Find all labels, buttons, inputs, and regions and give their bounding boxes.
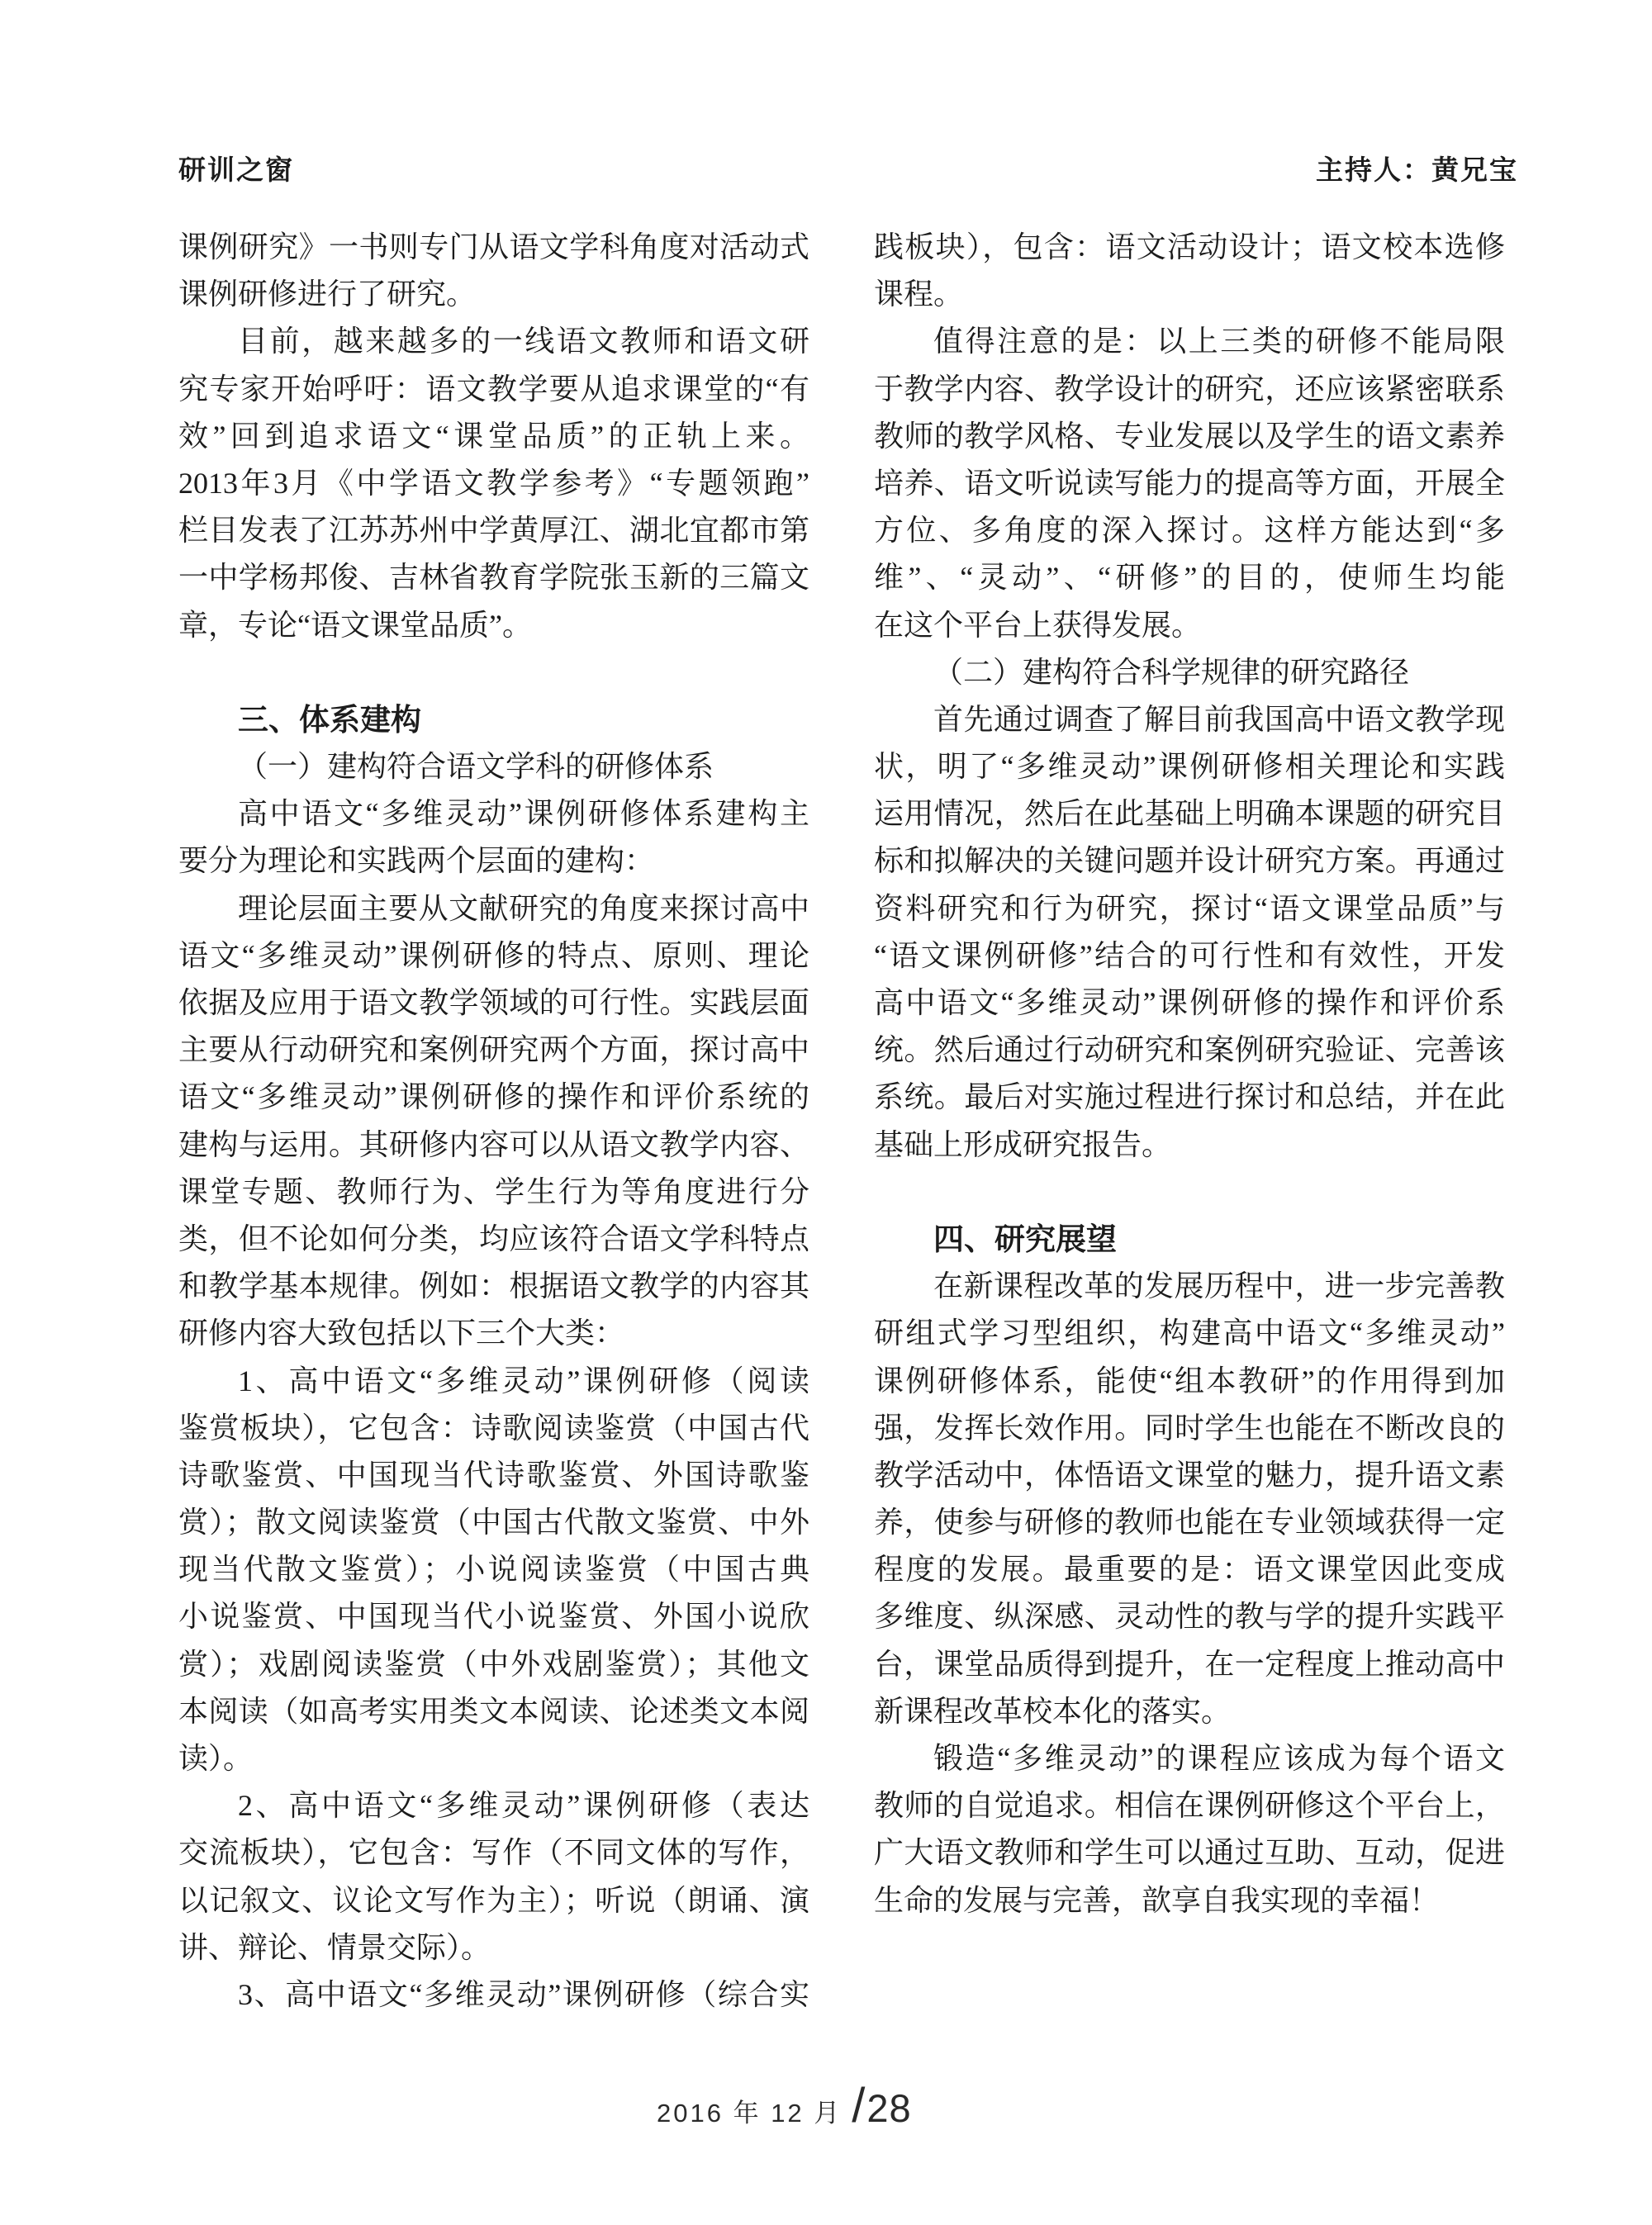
text-line: 语文“多维灵动”课例研修的特点、原则、理论 [178, 932, 809, 980]
text-line: 要分为理论和实践两个层面的建构： [178, 837, 809, 885]
text-line: 小说鉴赏、中国现当代小说鉴赏、外国小说欣 [178, 1593, 809, 1640]
text-line: 养，使参与研修的教师也能在专业领域获得一定 [874, 1499, 1505, 1546]
text-line: 培养、语文听说读写能力的提高等方面，开展全 [874, 460, 1505, 507]
text-line: “语文课例研修”结合的可行性和有效性，开发 [874, 932, 1505, 980]
text-line: 维”、“灵动”、“研修”的目的，使师生均能 [874, 554, 1505, 601]
text-line: 台，课堂品质得到提升，在一定程度上推动高中 [874, 1641, 1505, 1688]
text-line: 现当代散文鉴赏）；小说阅读鉴赏（中国古典 [178, 1546, 809, 1593]
text-line: 于教学内容、教学设计的研究，还应该紧密联系 [874, 366, 1505, 413]
text-line: 课例研究》一书则专门从语文学科角度对活动式 [178, 224, 809, 271]
text-line: 资料研究和行为研究，探讨“语文课堂品质”与 [874, 885, 1505, 932]
text-line: 2013年3月《中学语文教学参考》“专题领跑” [178, 460, 809, 507]
text-line: 效”回到追求语文“课堂品质”的正轨上来。 [178, 413, 809, 460]
text-line: 交流板块），它包含：写作（不同文体的写作， [178, 1829, 809, 1876]
text-line: 系统。最后对实施过程进行探讨和总结，并在此 [874, 1074, 1505, 1121]
text-line: 以记叙文、议论文写作为主）；听说（朗诵、演 [178, 1877, 809, 1924]
blank-line [178, 649, 809, 696]
text-line: 统。然后通过行动研究和案例研究验证、完善该 [874, 1027, 1505, 1074]
text-line: 赏）；散文阅读鉴赏（中国古代散文鉴赏、中外 [178, 1499, 809, 1546]
text-line: 在新课程改革的发展历程中，进一步完善教 [874, 1263, 1505, 1310]
text-line: 教师的自觉追求。相信在课例研修这个平台上， [874, 1782, 1505, 1829]
journal-section-title: 研训之窗 [178, 149, 294, 187]
text-line: 课堂专题、教师行为、学生行为等角度进行分 [178, 1169, 809, 1216]
text-line: 理论层面主要从文献研究的角度来探讨高中 [178, 885, 809, 932]
text-line: 新课程改革校本化的落实。 [874, 1688, 1505, 1735]
text-line: 1、高中语文“多维灵动”课例研修（阅读 [178, 1358, 809, 1405]
text-line: 读）。 [178, 1735, 809, 1782]
text-line: 运用情况，然后在此基础上明确本课题的研究目 [874, 790, 1505, 837]
text-line: 广大语文教师和学生可以通过互助、互动，促进 [874, 1829, 1505, 1876]
text-line: 目前，越来越多的一线语文教师和语文研 [178, 318, 809, 365]
text-line: 在这个平台上获得发展。 [874, 602, 1505, 649]
text-line: 鉴赏板块），它包含：诗歌阅读鉴赏（中国古代 [178, 1405, 809, 1452]
text-line: 栏目发表了江苏苏州中学黄厚江、湖北宜都市第 [178, 507, 809, 554]
text-line: 课程。 [874, 271, 1505, 318]
text-line: 诗歌鉴赏、中国现当代诗歌鉴赏、外国诗歌鉴 [178, 1452, 809, 1499]
text-line: 主要从行动研究和案例研究两个方面，探讨高中 [178, 1027, 809, 1074]
text-line: 状，明了“多维灵动”课例研修相关理论和实践 [874, 743, 1505, 790]
text-line: 2、高中语文“多维灵动”课例研修（表达 [178, 1782, 809, 1829]
text-line: 值得注意的是：以上三类的研修不能局限 [874, 318, 1505, 365]
text-line: 究专家开始呼吁：语文教学要从追求课堂的“有 [178, 366, 809, 413]
text-line: 生命的发展与完善，歆享自我实现的幸福！ [874, 1877, 1505, 1924]
text-line: 课例研修体系，能使“组本教研”的作用得到加 [874, 1358, 1505, 1405]
text-line: 强，发挥长效作用。同时学生也能在不断改良的 [874, 1405, 1505, 1452]
text-line: 锻造“多维灵动”的课程应该成为每个语文 [874, 1735, 1505, 1782]
text-line: 践板块），包含：语文活动设计；语文校本选修 [874, 224, 1505, 271]
text-line: （二）建构符合科学规律的研究路径 [874, 649, 1505, 696]
text-line: 建构与运用。其研修内容可以从语文教学内容、 [178, 1122, 809, 1169]
text-line: 基础上形成研究报告。 [874, 1122, 1505, 1169]
text-line: 类，但不论如何分类，均应该符合语文学科特点 [178, 1216, 809, 1263]
text-line: 本阅读（如高考实用类文本阅读、论述类文本阅 [178, 1688, 809, 1735]
text-line: 赏）；戏剧阅读鉴赏（中外戏剧鉴赏）；其他文 [178, 1641, 809, 1688]
host-credit: 主持人：黄兄宝 [1316, 149, 1518, 187]
text-line: 高中语文“多维灵动”课例研修的操作和评价系 [874, 980, 1505, 1027]
document-page: 研训之窗 主持人：黄兄宝 课例研究》一书则专门从语文学科角度对活动式课例研修进行… [0, 0, 1652, 2225]
page-footer: 2016 年 12 月 / 28 [657, 2078, 912, 2133]
right-column: 践板块），包含：语文活动设计；语文校本选修课程。值得注意的是：以上三类的研修不能… [874, 224, 1505, 1924]
footer-slash: / [852, 2078, 865, 2133]
text-line: 依据及应用于语文教学领域的可行性。实践层面 [178, 980, 809, 1027]
text-line: （一）建构符合语文学科的研修体系 [178, 743, 809, 790]
text-line: 首先通过调查了解目前我国高中语文教学现 [874, 696, 1505, 743]
text-line: 研修内容大致包括以下三个大类： [178, 1310, 809, 1357]
issue-date: 2016 年 12 月 [657, 2092, 842, 2129]
text-line: 和教学基本规律。例如：根据语文教学的内容其 [178, 1263, 809, 1310]
section-heading: 三、体系建构 [178, 696, 809, 743]
text-line: 标和拟解决的关键问题并设计研究方案。再通过 [874, 837, 1505, 885]
blank-line [874, 1169, 1505, 1216]
text-line: 3、高中语文“多维灵动”课例研修（综合实 [178, 1971, 809, 2019]
text-line: 语文“多维灵动”课例研修的操作和评价系统的 [178, 1074, 809, 1121]
text-line: 章，专论“语文课堂品质”。 [178, 602, 809, 649]
text-line: 多维度、纵深感、灵动性的教与学的提升实践平 [874, 1593, 1505, 1640]
text-line: 讲、辩论、情景交际）。 [178, 1924, 809, 1971]
text-line: 一中学杨邦俊、吉林省教育学院张玉新的三篇文 [178, 554, 809, 601]
text-line: 高中语文“多维灵动”课例研修体系建构主 [178, 790, 809, 837]
left-column: 课例研究》一书则专门从语文学科角度对活动式课例研修进行了研究。目前，越来越多的一… [178, 224, 809, 2019]
text-line: 研组式学习型组织，构建高中语文“多维灵动” [874, 1310, 1505, 1357]
text-line: 程度的发展。最重要的是：语文课堂因此变成 [874, 1546, 1505, 1593]
text-line: 教学活动中，体悟语文课堂的魅力，提升语文素 [874, 1452, 1505, 1499]
text-line: 教师的教学风格、专业发展以及学生的语文素养 [874, 413, 1505, 460]
page-number: 28 [866, 2085, 911, 2131]
text-line: 课例研修进行了研究。 [178, 271, 809, 318]
section-heading: 四、研究展望 [874, 1216, 1505, 1263]
text-line: 方位、多角度的深入探讨。这样方能达到“多 [874, 507, 1505, 554]
